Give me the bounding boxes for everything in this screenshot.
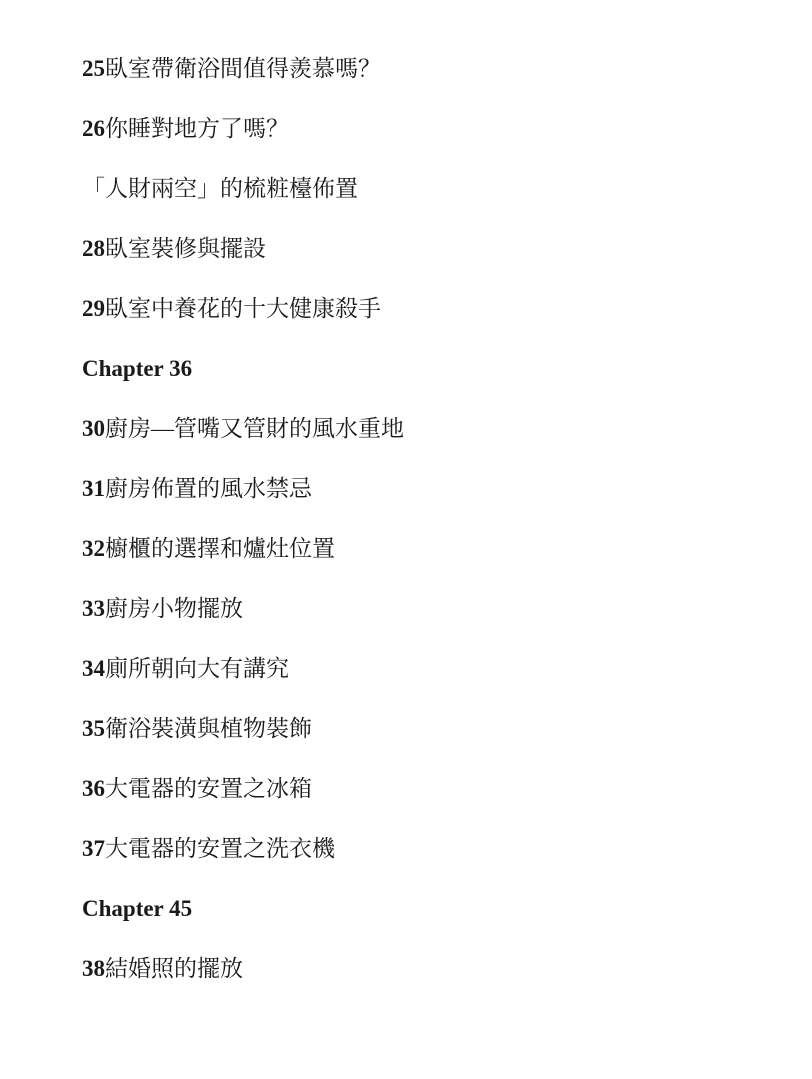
toc-entry-title: 廚房佈置的風水禁忌 bbox=[105, 477, 312, 500]
toc-entry: 「人財兩空」的梳粧檯佈置 bbox=[82, 158, 792, 218]
toc-entry-number: 31 bbox=[82, 477, 105, 500]
toc-entry-number: 29 bbox=[82, 297, 105, 320]
toc-entry-title: 廁所朝向大有講究 bbox=[105, 657, 289, 680]
toc-entry: 35衛浴裝潢與植物裝飾 bbox=[82, 698, 792, 758]
toc-entry-number: 32 bbox=[82, 537, 105, 560]
toc-entry-number: 26 bbox=[82, 117, 105, 140]
toc-entry: 28臥室裝修與擺設 bbox=[82, 218, 792, 278]
toc-entry-title: 臥室帶衛浴間值得羨慕嗎？ bbox=[105, 57, 381, 80]
toc-entry: 31廚房佈置的風水禁忌 bbox=[82, 458, 792, 518]
toc-entry-title: 廚房—管嘴又管財的風水重地 bbox=[105, 417, 404, 440]
document-page: 25臥室帶衛浴間值得羨慕嗎？ 26你睡對地方了嗎？ 「人財兩空」的梳粧檯佈置 2… bbox=[0, 0, 812, 1079]
toc-entry: 33廚房小物擺放 bbox=[82, 578, 792, 638]
toc-list: 25臥室帶衛浴間值得羨慕嗎？ 26你睡對地方了嗎？ 「人財兩空」的梳粧檯佈置 2… bbox=[0, 0, 812, 998]
toc-entry-number: 33 bbox=[82, 597, 105, 620]
toc-entry: 26你睡對地方了嗎？ bbox=[82, 98, 792, 158]
toc-entry-title: 大電器的安置之洗衣機 bbox=[105, 837, 335, 860]
toc-entry-title: 結婚照的擺放 bbox=[105, 957, 243, 980]
toc-entry-number: 30 bbox=[82, 417, 105, 440]
toc-entry-title: 衛浴裝潢與植物裝飾 bbox=[105, 717, 312, 740]
toc-entry-title: 你睡對地方了嗎？ bbox=[105, 117, 289, 140]
toc-entry-title: 大電器的安置之冰箱 bbox=[105, 777, 312, 800]
toc-entry: 37大電器的安置之洗衣機 bbox=[82, 818, 792, 878]
toc-entry-number: 37 bbox=[82, 837, 105, 860]
toc-entry-number: 35 bbox=[82, 717, 105, 740]
toc-entry-title: 臥室中養花的十大健康殺手 bbox=[105, 297, 381, 320]
toc-entry-number: 25 bbox=[82, 57, 105, 80]
toc-entry-number: 28 bbox=[82, 237, 105, 260]
toc-entry: 38結婚照的擺放 bbox=[82, 938, 792, 998]
toc-entry: 32櫥櫃的選擇和爐灶位置 bbox=[82, 518, 792, 578]
toc-entry: 29臥室中養花的十大健康殺手 bbox=[82, 278, 792, 338]
toc-entry-number: 36 bbox=[82, 777, 105, 800]
toc-entry-title: 臥室裝修與擺設 bbox=[105, 237, 266, 260]
toc-entry: 36大電器的安置之冰箱 bbox=[82, 758, 792, 818]
toc-entry-title: 「人財兩空」的梳粧檯佈置 bbox=[82, 177, 358, 200]
chapter-heading: Chapter 45 bbox=[82, 878, 792, 938]
toc-entry-number: 38 bbox=[82, 957, 105, 980]
toc-entry-title: 廚房小物擺放 bbox=[105, 597, 243, 620]
toc-entry: 25臥室帶衛浴間值得羨慕嗎？ bbox=[82, 38, 792, 98]
toc-entry: 34廁所朝向大有講究 bbox=[82, 638, 792, 698]
toc-entry: 30廚房—管嘴又管財的風水重地 bbox=[82, 398, 792, 458]
toc-entry-number: 34 bbox=[82, 657, 105, 680]
chapter-heading: Chapter 36 bbox=[82, 338, 792, 398]
toc-entry-title: 櫥櫃的選擇和爐灶位置 bbox=[105, 537, 335, 560]
